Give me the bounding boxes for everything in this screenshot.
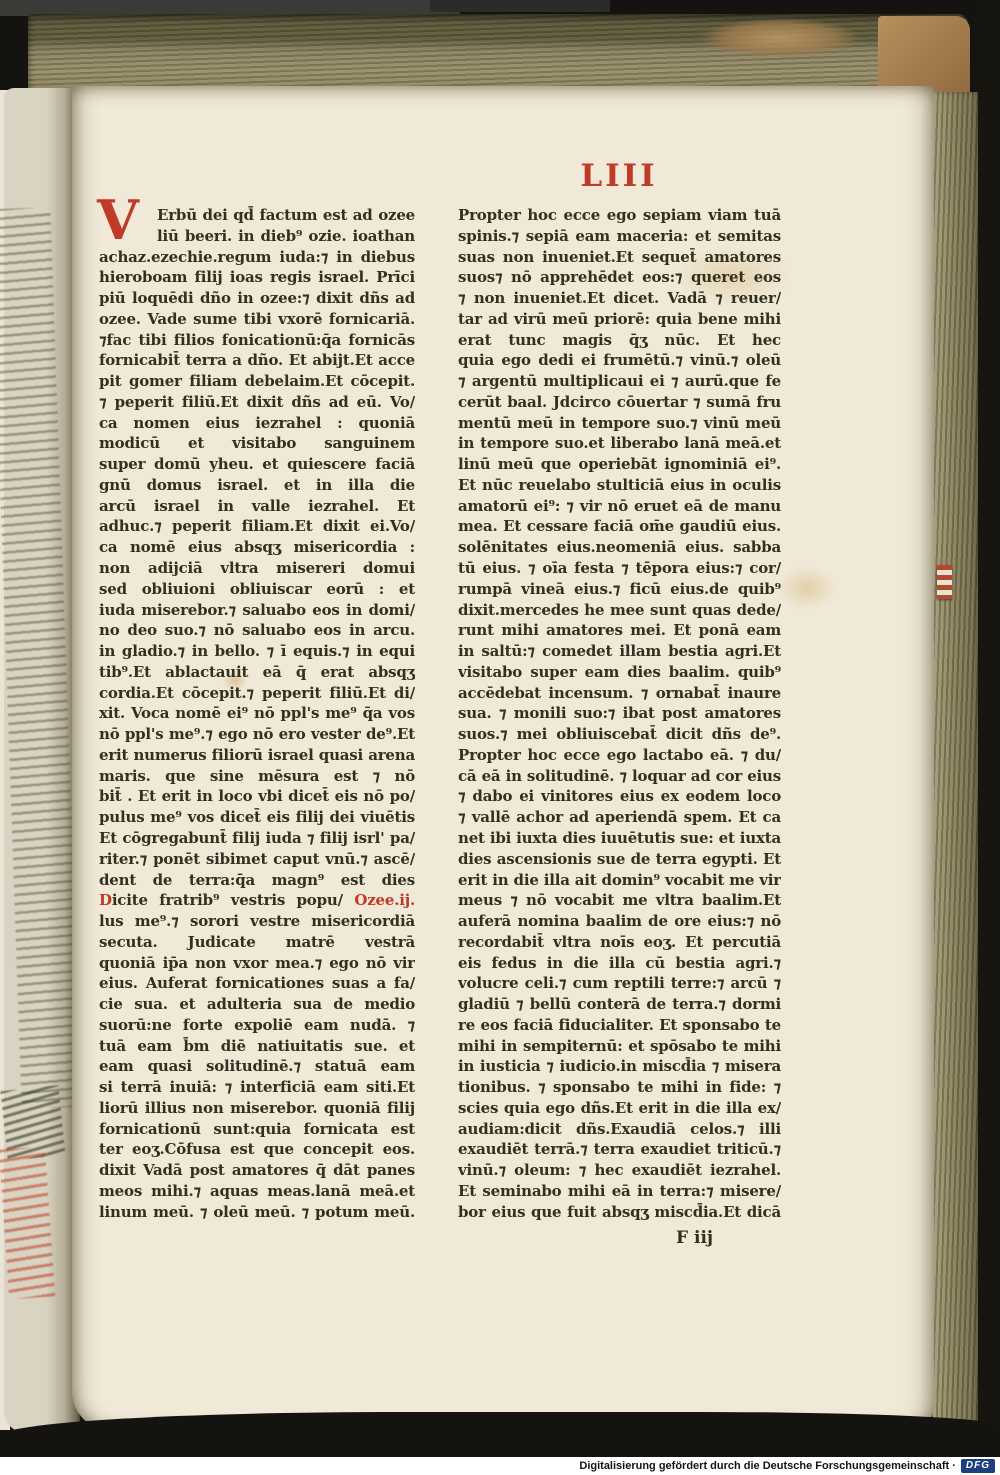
text-line: meos mihi.⁊ aquas meas.lanā meā.et bbox=[99, 1181, 415, 1202]
text-line: liorū illius non miserebor. quoniā filij bbox=[99, 1098, 415, 1119]
text-line: ⁊ dabo ei vinitores eius ex eodem loco bbox=[458, 786, 781, 807]
page-stain bbox=[777, 566, 837, 610]
text-line: nō ppl's me⁹.⁊ ego nō ero vester de⁹.Et bbox=[99, 724, 415, 745]
text-line: sua. ⁊ monili suo:⁊ ibat post amatores bbox=[458, 703, 781, 724]
text-line: liū beeri. in dieb⁹ ozie. ioathan . bbox=[99, 226, 415, 247]
text-line: modicū et visitabo sanguinem iezrahel bbox=[99, 433, 415, 454]
text-line: visitabo super eam dies baalim. quib⁹ bbox=[458, 662, 781, 683]
text-line: pulus me⁹ vos dicet̄ eis filij dei viuēt… bbox=[99, 807, 415, 828]
text-line: ⁊ non inueniet.Et dicet. Vadā ⁊ reuer/ bbox=[458, 288, 781, 309]
text-line: recordabit̄ vltra noīs eoʒ. Et percutiā bbox=[458, 932, 781, 953]
text-line: in gladio.⁊ in bello. ⁊ ī equis.⁊ in equ… bbox=[99, 641, 415, 662]
text-line: Et nūc reuelabo stulticiā eius in oculis bbox=[458, 475, 781, 496]
text-line: in saltū:⁊ comedet illam bestia agri.Et bbox=[458, 641, 781, 662]
chapter-marker: Ozee.ij. bbox=[343, 891, 415, 909]
text-line: suos.⁊ mei obliuiscebat̄ dicit dñs de⁹. bbox=[458, 724, 781, 745]
book-top-edge-stain bbox=[700, 18, 860, 58]
text-line: rumpā vineā eius.⁊ ficū eius.de quib⁹ bbox=[458, 579, 781, 600]
text-line: suorū:ne forte expoliē eam nudā. ⁊ sta/ bbox=[99, 1015, 415, 1036]
text-line: volucre celi.⁊ cum reptili terre:⁊ arcū … bbox=[458, 973, 781, 994]
text-line: ⁊fac tibi filios fonicationū:q̄a fornicā… bbox=[99, 330, 415, 351]
text-line: Dicite fratrib⁹ vestris popu/ Ozee.ij. bbox=[99, 890, 415, 911]
text-line: non adijciā vltra misereri domui israel. bbox=[99, 558, 415, 579]
text-line: Propter hoc ecce ego sepiam viam tuā bbox=[458, 205, 781, 226]
text-line: arcū israel in valle iezrahel. Et concep… bbox=[99, 496, 415, 517]
text-line: achaz.ezechie.regum iuda:⁊ in diebus bbox=[99, 247, 415, 268]
ghost-rubric-lines bbox=[0, 1147, 55, 1300]
text-line: hieroboam filij ioas regis israel. Prīci bbox=[99, 267, 415, 288]
text-line: mea. Et cessare faciā om̄e gaudiū eius. bbox=[458, 516, 781, 537]
text-line: riter.⁊ ponēt sibimet caput vnū.⁊ ascē/ bbox=[99, 849, 415, 870]
scanned-book-photo: LIII V Erbū dei qd̄ factum est ad ozee f… bbox=[0, 0, 1000, 1475]
book-fore-edge bbox=[932, 92, 980, 1437]
text-line: fornicabit̄ terra a dño. Et abijt.Et acc… bbox=[99, 350, 415, 371]
background-bottom bbox=[0, 1412, 1000, 1457]
ghost-text-lines bbox=[0, 207, 82, 1109]
text-line: mihi in sempiternū: et spōsabo te mihi bbox=[458, 1036, 781, 1057]
text-line: gnū domus israel. et in illa die conterā bbox=[99, 475, 415, 496]
text-line: tū eius. ⁊ oīa festa ⁊ tēpora eius:⁊ cor… bbox=[458, 558, 781, 579]
text-line: Propter hoc ecce ego lactabo eā. ⁊ du/ bbox=[458, 745, 781, 766]
text-line: runt mihi amatores mei. Et ponā eam bbox=[458, 620, 781, 641]
text-line: re eos faciā fiducialiter. Et sponsabo t… bbox=[458, 1015, 781, 1036]
text-line: auferā nomina baalim de ore eius:⁊ nō bbox=[458, 911, 781, 932]
text-line: tuā eam b̄m diē natiuitatis sue. et ponā bbox=[99, 1036, 415, 1057]
text-line: xit. Voca nomē ei⁹ nō ppl's me⁹ q̄a vos bbox=[99, 703, 415, 724]
text-line: linum meū. ⁊ oleū meū. ⁊ potum meū. bbox=[99, 1202, 415, 1223]
text-line: in tempore suo.et liberabo lanā meā.et bbox=[458, 433, 781, 454]
background-shadow bbox=[430, 0, 610, 12]
text-line: erit numerus filiorū israel quasi arena bbox=[99, 745, 415, 766]
text-line: adhuc.⁊ peperit filiam.Et dixit ei.Vo/ bbox=[99, 516, 415, 537]
digitization-caption: Digitalisierung gefördert durch die Deut… bbox=[579, 1460, 956, 1472]
text-line: cordia.Et cōcepit.⁊ peperit filiū.Et di/ bbox=[99, 683, 415, 704]
text-line: scies quia ego dñs.Et erit in die illa e… bbox=[458, 1098, 781, 1119]
dfg-logo: DFG bbox=[961, 1459, 995, 1473]
text-line: linū meū que operiebāt ignominiā ei⁹. bbox=[458, 454, 781, 475]
text-line: dixit Vadā post amatores q̄ dāt panes bbox=[99, 1160, 415, 1181]
text-line: erit in die illa ait domin⁹ vocabit me v… bbox=[458, 870, 781, 891]
text-line: eis fedus in die illa cū bestia agri.⁊ c… bbox=[458, 953, 781, 974]
text-line: suas non inueniet.Et sequet̄ amatores bbox=[458, 247, 781, 268]
text-line: eam quasi solitudinē.⁊ statuā eam qua/ bbox=[99, 1056, 415, 1077]
text-line: Erbū dei qd̄ factum est ad ozee fi/ bbox=[99, 205, 415, 226]
spine-previous-page bbox=[4, 88, 80, 1433]
text-line: piū loquēdi dño in ozee:⁊ dixit dñs ad bbox=[99, 288, 415, 309]
text-line: gladiū ⁊ bellū conterā de terra.⁊ dormi bbox=[458, 994, 781, 1015]
text-line: net ibi iuxta dies iuuētutis sue: et iux… bbox=[458, 828, 781, 849]
text-line: audiam:dicit dñs.Exaudiā celos.⁊ illi bbox=[458, 1119, 781, 1140]
text-line: ⁊ peperit filiū.Et dixit dñs ad eū. Vo/ bbox=[99, 392, 415, 413]
text-line: pit gomer filiam debelaim.Et cōcepit. bbox=[99, 371, 415, 392]
text-line: ca nomē eius absqʒ misericordia : quia bbox=[99, 537, 415, 558]
text-line: meus ⁊ nō vocabit me vltra baalim.Et bbox=[458, 890, 781, 911]
text-column-right: Propter hoc ecce ego sepiam viam tuāspin… bbox=[458, 205, 781, 1223]
text-line: dixit.mercedes he mee sunt quas dede/ bbox=[458, 600, 781, 621]
text-line: ⁊ vallē achor ad aperiendā spem. Et ca bbox=[458, 807, 781, 828]
text-line: ozee. Vade sume tibi vxorē fornicariā. bbox=[99, 309, 415, 330]
text-line: ca nomen eius iezrahel : quoniā adhuc bbox=[99, 413, 415, 434]
text-line: cie sua. et adulteria sua de medio vberū bbox=[99, 994, 415, 1015]
text-line: secuta. Judicate matrē vestrā iudicate: bbox=[99, 932, 415, 953]
red-bookmark-tab bbox=[937, 565, 952, 599]
text-line: amatorū ei⁹: ⁊ vir nō eruet eā de manu bbox=[458, 496, 781, 517]
digitization-footer: Digitalisierung gefördert durch die Deut… bbox=[0, 1457, 1000, 1475]
text-line: iuda miserebor.⁊ saluabo eos in domi/ bbox=[99, 600, 415, 621]
text-line: sed obliuioni obliuiscar eorū : et domui bbox=[99, 579, 415, 600]
text-line: quoniā ip̄a non vxor mea.⁊ ego nō vir bbox=[99, 953, 415, 974]
text-line: fornicationū sunt:quia fornicata est ma bbox=[99, 1119, 415, 1140]
text-line: mentū meū in tempore suo.⁊ vinū meū bbox=[458, 413, 781, 434]
text-line: quia ego dedi ei frumētū.⁊ vinū.⁊ oleū bbox=[458, 350, 781, 371]
text-line: suos⁊ nō apprehēdet eos:⁊ queret eos bbox=[458, 267, 781, 288]
text-line: ⁊ argentū multiplicaui ei ⁊ aurū.que fe bbox=[458, 371, 781, 392]
text-line: tar ad virū meū priorē: quia bene mihi bbox=[458, 309, 781, 330]
text-line: lus me⁹.⁊ sorori vestre misericordiā cō/ bbox=[99, 911, 415, 932]
text-line: maris. que sine mēsura est ⁊ nō numera bbox=[99, 766, 415, 787]
text-line: solēnitates eius.neomeniā eius. sabba bbox=[458, 537, 781, 558]
text-line: dent de terra:q̄a magn⁹ est dies iezrahe… bbox=[99, 870, 415, 891]
text-column-left: Erbū dei qd̄ factum est ad ozee fi/liū b… bbox=[99, 205, 415, 1223]
text-line: cā eā in solitudinē. ⁊ loquar ad cor eiu… bbox=[458, 766, 781, 787]
text-line: ter eoʒ.Cōfusa est que concepit eos. q̄a bbox=[99, 1139, 415, 1160]
folio-number: LIII bbox=[458, 158, 780, 194]
text-line: Et seminabo mihi eā in terra:⁊ misere/ bbox=[458, 1181, 781, 1202]
text-line: eius. Auferat fornicationes suas a fa/ bbox=[99, 973, 415, 994]
text-line: Et cōgregabunt̄ filij iuda ⁊ filij isrl'… bbox=[99, 828, 415, 849]
text-line: vinū.⁊ oleum: ⁊ hec exaudiēt iezrahel. bbox=[458, 1160, 781, 1181]
background bbox=[978, 0, 1000, 1475]
text-line: si terrā inuiā: ⁊ interficiā eam siti.Et… bbox=[99, 1077, 415, 1098]
text-line: no deo suo.⁊ nō saluabo eos in arcu. et bbox=[99, 620, 415, 641]
text-line: bor eius que fuit absqʒ miscd̄ia.Et dicā bbox=[458, 1202, 781, 1223]
chapter-initial: D bbox=[99, 891, 112, 909]
text-line: super domū yheu. et quiescere faciā re/ bbox=[99, 454, 415, 475]
text-line: exaudiēt terrā.⁊ terra exaudiet triticū.… bbox=[458, 1139, 781, 1160]
text-line: erat tunc magis q̄ʒ nūc. Et hec nesciuit… bbox=[458, 330, 781, 351]
text-line: tionibus. ⁊ sponsabo te mihi in fide: ⁊ bbox=[458, 1077, 781, 1098]
text-line: bit̄ . Et erit in loco vbi dicet̄ eis nō… bbox=[99, 786, 415, 807]
quire-signature: F iij bbox=[458, 1228, 780, 1248]
text-line: tib⁹.Et ablactauit eā q̄ erat absqʒ mise… bbox=[99, 662, 415, 683]
text-line: in iusticia ⁊ iudicio.in miscd̄ia ⁊ mise… bbox=[458, 1056, 781, 1077]
text-line: cerūt baal. Jdcirco cōuertar ⁊ sumā fru bbox=[458, 392, 781, 413]
text-line: dies ascensionis sue de terra egypti. Et bbox=[458, 849, 781, 870]
text-line: accēdebat incensum. ⁊ ornabat̄ inaure bbox=[458, 683, 781, 704]
text-line: spinis.⁊ sepiā eam maceria: et semitas bbox=[458, 226, 781, 247]
